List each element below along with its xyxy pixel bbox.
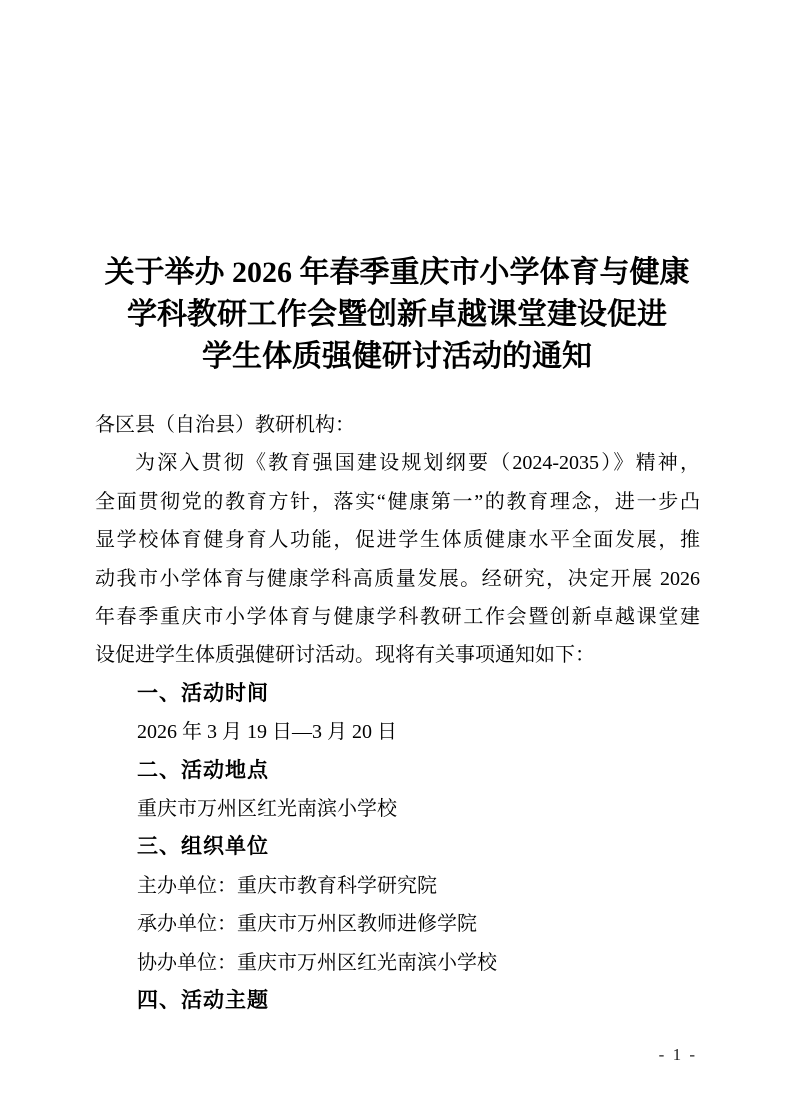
section-heading-activity-location: 二、活动地点: [95, 752, 700, 790]
document-title: 关于举办 2026 年春季重庆市小学体育与健康 学科教研工作会暨创新卓越课堂建设…: [94, 252, 700, 378]
document-title-line: 学生体质强健研讨活动的通知: [94, 336, 700, 378]
salutation: 各区县（自治县）教研机构：: [95, 406, 700, 444]
section-heading-activity-time: 一、活动时间: [95, 675, 700, 713]
document-body: 各区县（自治县）教研机构： 为深入贯彻《教育强国建设规划纲要（2024-2035…: [95, 406, 700, 1021]
section-item-activity-time: 2026 年 3 月 19 日—3 月 20 日: [95, 713, 700, 751]
page-number: - 1 -: [659, 1045, 697, 1065]
section-heading-activity-theme: 四、活动主题: [95, 982, 700, 1020]
paragraph-line: 显学校体育健身育人功能，促进学生体质健康水平全面发展，推: [95, 521, 700, 559]
document-title-line: 学科教研工作会暨创新卓越课堂建设促进: [94, 294, 700, 336]
document-title-line: 关于举办 2026 年春季重庆市小学体育与健康: [94, 252, 700, 294]
paragraph-line: 设促进学生体质强健研讨活动。现将有关事项通知如下：: [95, 636, 700, 674]
section-heading-organizers: 三、组织单位: [95, 828, 700, 866]
section-item-activity-location: 重庆市万州区红光南滨小学校: [95, 790, 700, 828]
section-item-co-organizer-unit: 协办单位：重庆市万州区红光南滨小学校: [95, 944, 700, 982]
section-item-host-unit: 主办单位：重庆市教育科学研究院: [95, 867, 700, 905]
paragraph-line: 全面贯彻党的教育方针，落实“健康第一”的教育理念，进一步凸: [95, 483, 700, 521]
paragraph-line: 年春季重庆市小学体育与健康学科教研工作会暨创新卓越课堂建: [95, 598, 700, 636]
section-item-undertaking-unit: 承办单位：重庆市万州区教师进修学院: [95, 905, 700, 943]
document-page: 关于举办 2026 年春季重庆市小学体育与健康 学科教研工作会暨创新卓越课堂建设…: [0, 0, 794, 1108]
paragraph-line: 为深入贯彻《教育强国建设规划纲要（2024-2035）》精神，: [95, 444, 700, 482]
paragraph-line: 动我市小学体育与健康学科高质量发展。经研究，决定开展 2026: [95, 560, 700, 598]
